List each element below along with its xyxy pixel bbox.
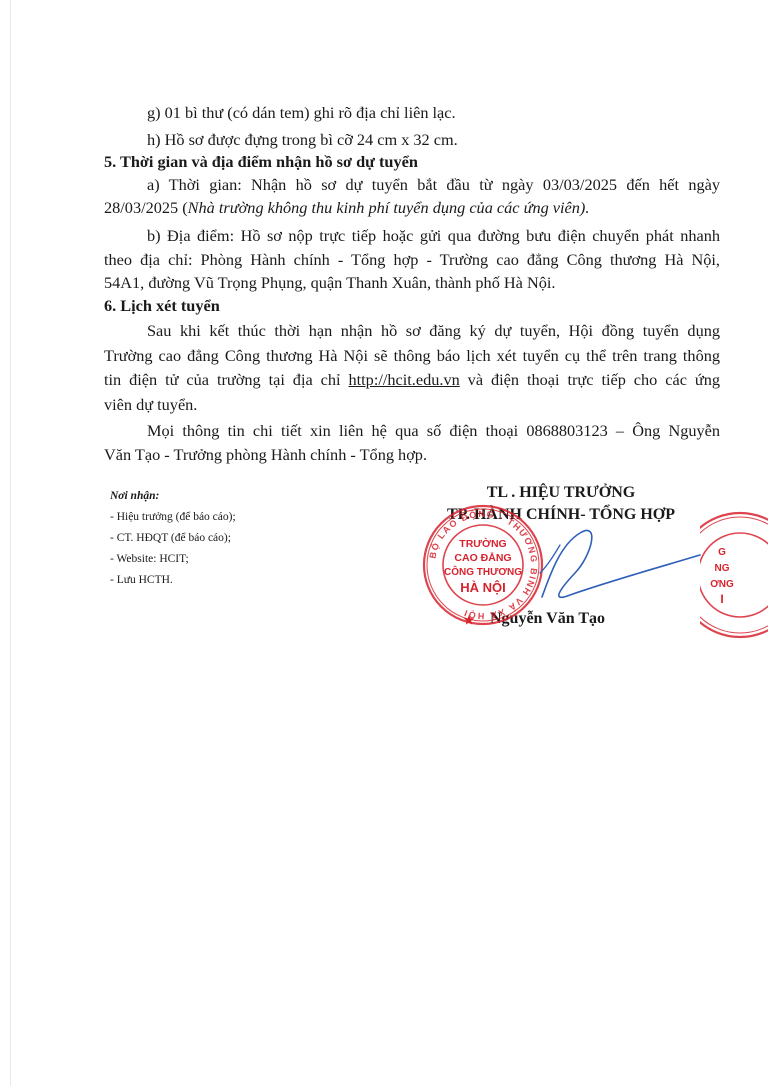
signature-title-1: TL . HIỆU TRƯỞNG bbox=[416, 482, 706, 504]
svg-text:G: G bbox=[718, 547, 726, 558]
handwritten-signature-icon bbox=[530, 525, 730, 605]
section-6-p1-line4: viên dự tuyển. bbox=[104, 395, 197, 415]
section-5-heading: 5. Thời gian và địa điểm nhận hồ sơ dự t… bbox=[104, 152, 418, 172]
section-5-b-line3: 54A1, đường Vũ Trọng Phụng, quận Thanh X… bbox=[104, 273, 555, 293]
section-6-p2-line1: Mọi thông tin chi tiết xin liên hệ qua s… bbox=[147, 421, 720, 441]
item-h: h) Hồ sơ được đựng trong bì cỡ 24 cm x 3… bbox=[147, 130, 458, 150]
section-6-heading: 6. Lịch xét tuyển bbox=[104, 296, 220, 316]
fee-note: Nhà trường không thu kinh phí tuyển dụng… bbox=[188, 198, 590, 217]
section-6-p1-line1: Sau khi kết thúc thời hạn nhận hồ sơ đăn… bbox=[147, 321, 720, 341]
svg-text:NG: NG bbox=[715, 563, 730, 574]
section-5-a-line2: 28/03/2025 (Nhà trường không thu kinh ph… bbox=[104, 198, 589, 218]
section-6-p1-line3: tin điện tử của trường tại địa chỉ http:… bbox=[104, 370, 720, 390]
text-fragment: và điện thoại trực tiếp cho các ứng bbox=[460, 370, 720, 389]
svg-text:CÔNG THƯƠNG: CÔNG THƯƠNG bbox=[444, 565, 522, 578]
svg-text:★: ★ bbox=[464, 613, 475, 627]
section-6-p1-line2: Trường cao đẳng Công thương Hà Nội sẽ th… bbox=[104, 346, 720, 366]
item-g: g) 01 bì thư (có dán tem) ghi rõ địa chỉ… bbox=[147, 103, 456, 123]
partial-stamp-icon: G NG ƠNG I bbox=[700, 505, 768, 645]
section-5-a-line1: a) Thời gian: Nhận hồ sơ dự tuyển bắt đầ… bbox=[147, 175, 720, 195]
svg-text:CAO ĐẲNG: CAO ĐẲNG bbox=[454, 551, 511, 564]
recipients-block: Nơi nhận: - Hiệu trưởng (để báo cáo); - … bbox=[110, 486, 236, 591]
recipient-item: - CT. HĐQT (để báo cáo); bbox=[110, 528, 236, 549]
svg-text:TRƯỜNG: TRƯỜNG bbox=[459, 537, 506, 550]
text-fragment: tin điện tử của trường tại địa chỉ bbox=[104, 370, 348, 389]
recipient-item: - Website: HCIT; bbox=[110, 549, 236, 570]
section-5-b-line1: b) Địa điểm: Hồ sơ nộp trực tiếp hoặc gử… bbox=[147, 226, 720, 246]
svg-text:HÀ NỘI: HÀ NỘI bbox=[460, 580, 506, 595]
date-end: 28/03/2025 ( bbox=[104, 198, 188, 217]
signature-title-2: TP. HÀNH CHÍNH- TỔNG HỢP bbox=[416, 504, 706, 526]
svg-text:ƠNG: ƠNG bbox=[710, 579, 734, 590]
scan-edge bbox=[10, 0, 11, 1086]
recipient-item: - Hiệu trưởng (để báo cáo); bbox=[110, 507, 236, 528]
section-6-p2-line2: Văn Tạo - Trưởng phòng Hành chính - Tổng… bbox=[104, 445, 427, 465]
website-link[interactable]: http://hcit.edu.vn bbox=[348, 370, 459, 389]
signer-name: Nguyễn Văn Tạo bbox=[490, 610, 605, 628]
svg-text:I: I bbox=[720, 592, 723, 606]
recipients-title: Nơi nhận: bbox=[110, 486, 236, 507]
signature-block: TL . HIỆU TRƯỞNG TP. HÀNH CHÍNH- TỔNG HỢ… bbox=[416, 482, 706, 526]
recipient-item: - Lưu HCTH. bbox=[110, 570, 236, 591]
section-5-b-line2: theo địa chỉ: Phòng Hành chính - Tổng hợ… bbox=[104, 250, 720, 270]
